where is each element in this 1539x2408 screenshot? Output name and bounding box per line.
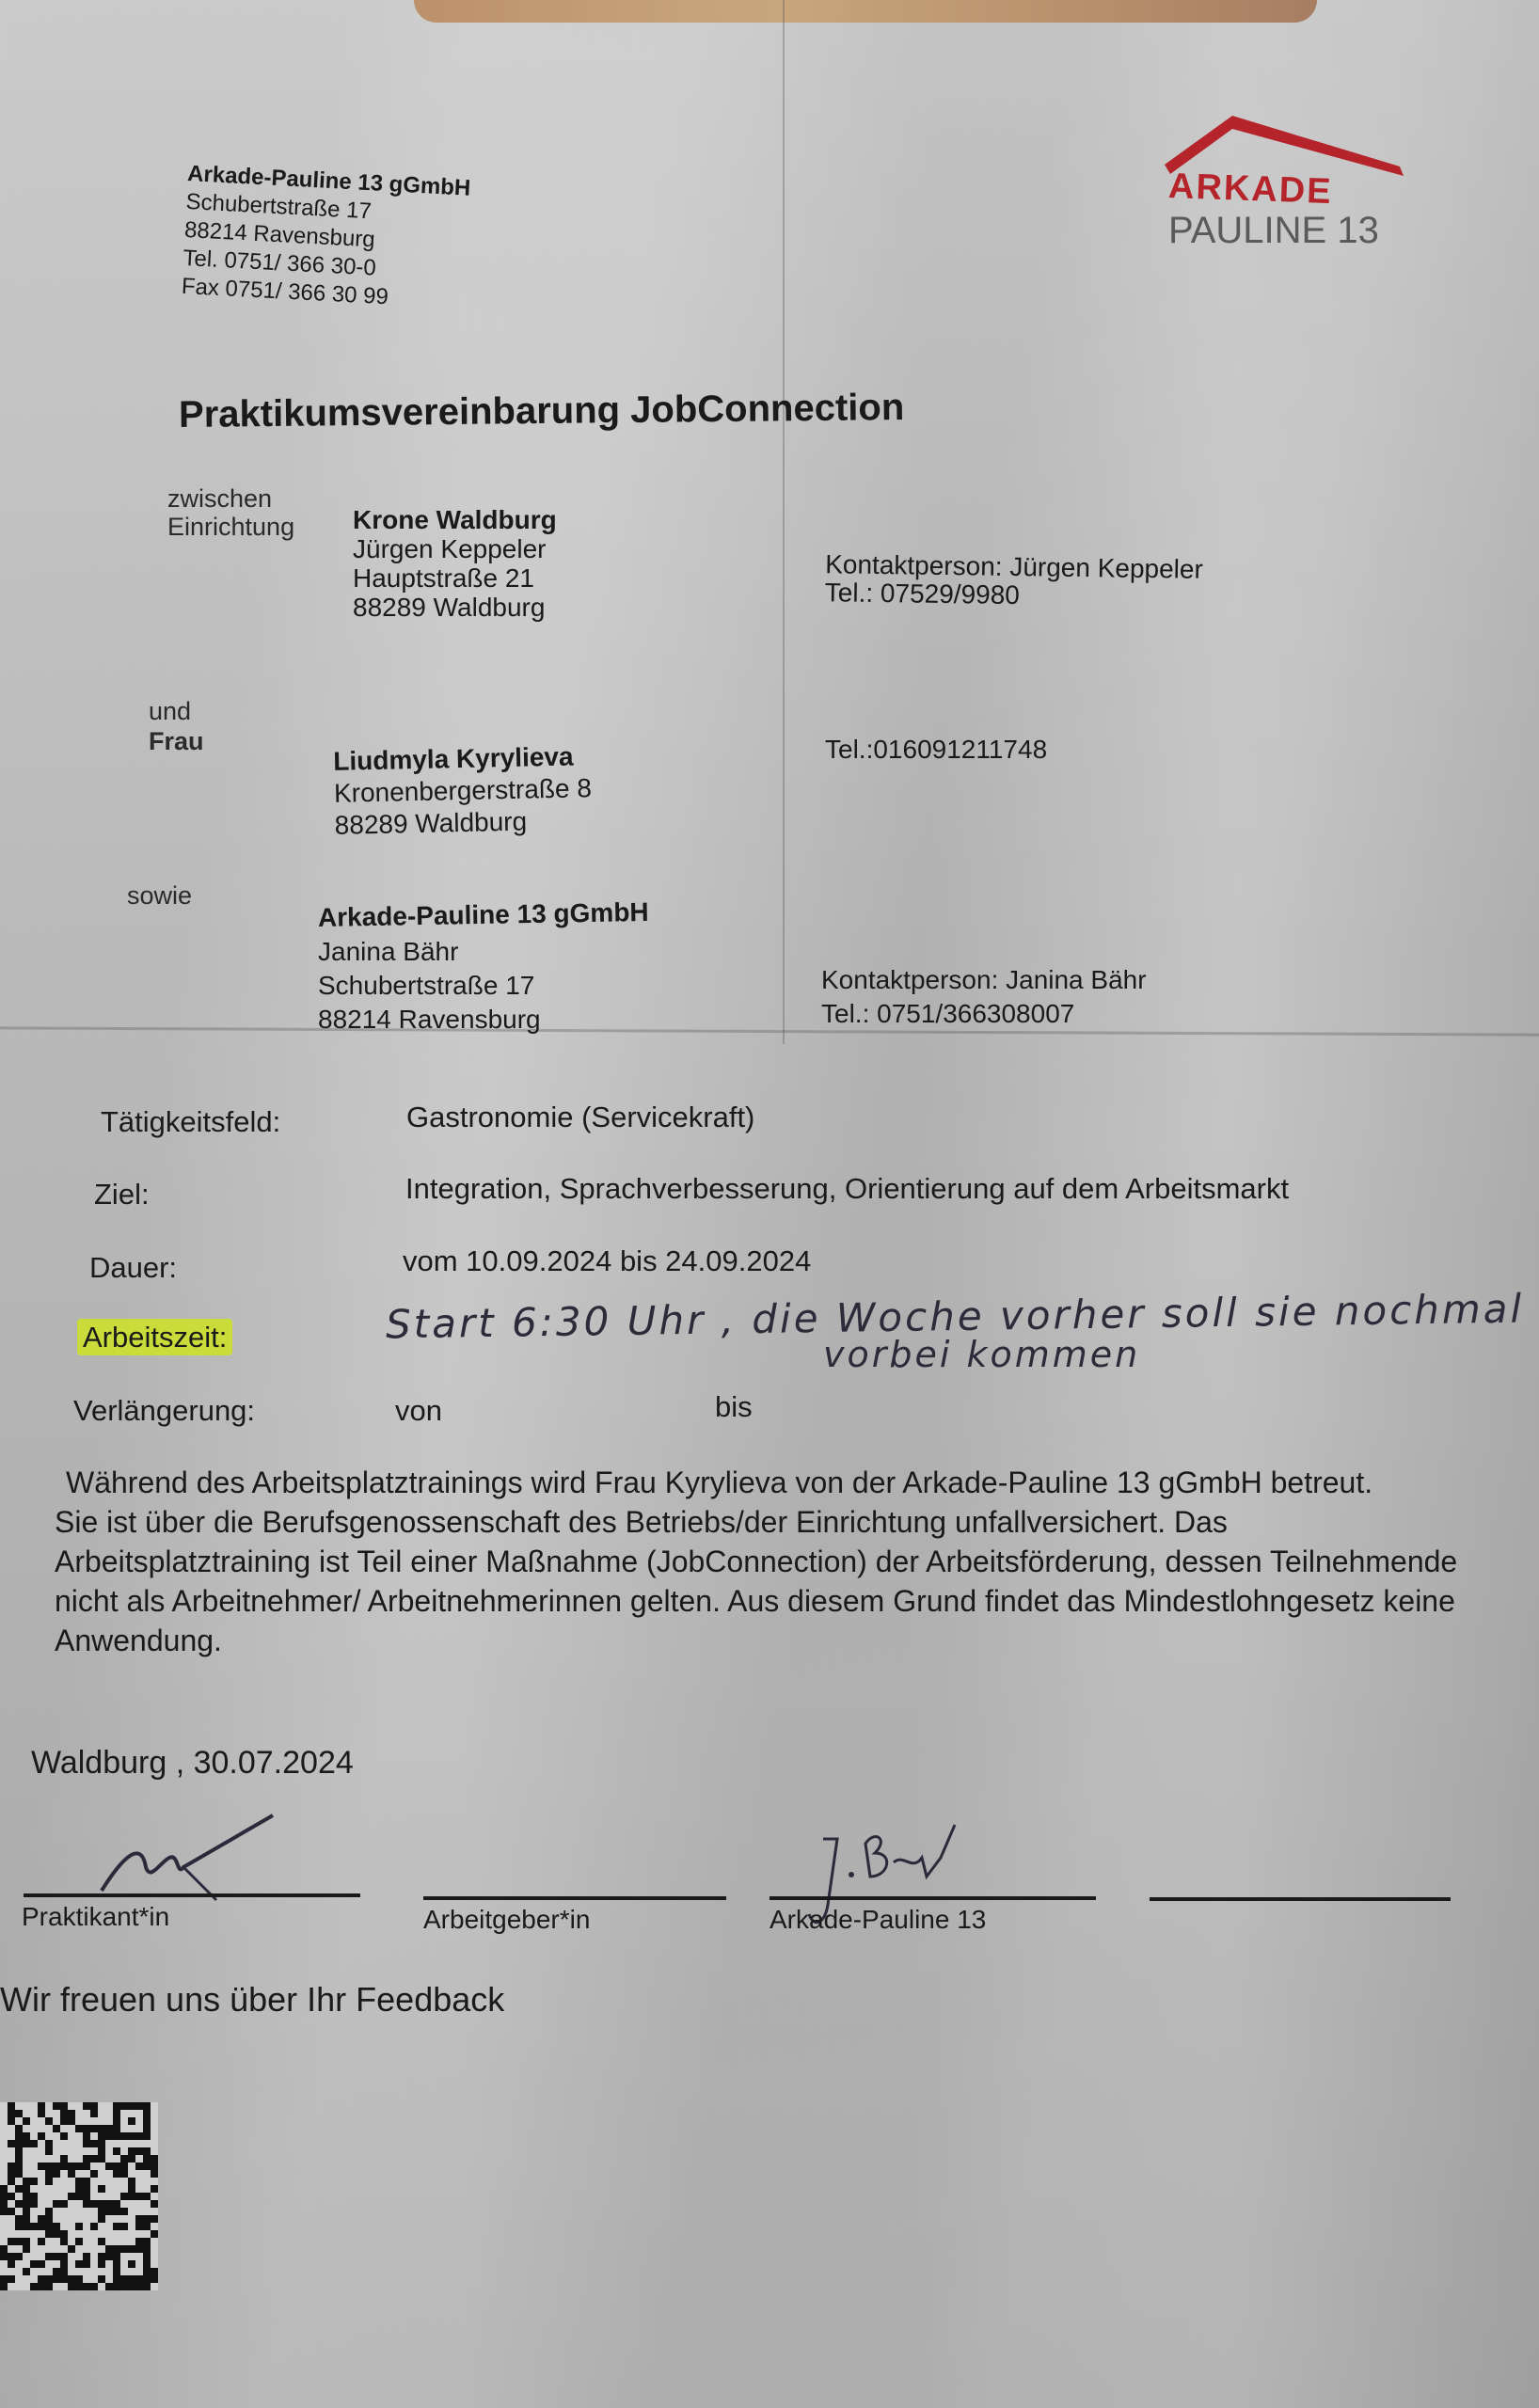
party-institution-labels: zwischen Einrichtung [167,484,294,541]
body-paragraph-1: Während des Arbeitsplatztrainings wird F… [47,1463,1458,1502]
duration-value: vom 10.09.2024 bis 24.09.2024 [403,1244,811,1278]
provider-phone: Tel.: 0751/366308007 [821,997,1147,1031]
body-paragraph-2: Sie ist über die Berufsgenossenschaft de… [47,1502,1458,1660]
worktime-label: Arbeitszeit: [77,1321,232,1354]
provider-city: 88214 Ravensburg [318,1003,649,1037]
label-zwischen: zwischen [167,484,294,513]
paper-fold-horizontal [0,1026,1539,1036]
signature-line-employer [423,1896,726,1900]
extension-to-label: bis [715,1390,753,1424]
arkade-logo: ARKADE PAULINE 13 [1157,108,1430,259]
signature-label-employer: Arbeitgeber*in [423,1905,590,1935]
activity-value: Gastronomie (Servicekraft) [406,1101,754,1134]
institution-address: Krone Waldburg Jürgen Keppeler Hauptstra… [353,505,557,622]
duration-label: Dauer: [89,1251,177,1285]
worktime-handwritten-line2: vorbei kommen [823,1334,1140,1375]
paper-fold-vertical [783,0,785,1044]
signature-label-intern: Praktikant*in [22,1902,169,1932]
label-frau: Frau [149,726,204,756]
party-intern-labels: und Frau [149,696,204,756]
signature-line-intern [24,1893,360,1897]
logo-text-arkade: ARKADE [1167,166,1333,213]
extension-from-label: von [395,1394,442,1428]
institution-person: Jürgen Keppeler [353,534,557,563]
extension-label: Verlängerung: [73,1394,255,1428]
intern-signature-icon [94,1811,282,1905]
signature-line-provider [769,1896,1096,1900]
signature-line-extra [1150,1897,1451,1901]
provider-contact-person: Kontaktperson: Janina Bähr [821,963,1147,997]
highlighted-worktime-label: Arbeitszeit: [77,1319,232,1355]
sender-address: Arkade-Pauline 13 gGmbH Schubertstraße 1… [181,160,471,316]
goal-label: Ziel: [94,1178,150,1212]
label-und: und [149,696,204,726]
feedback-text: Wir freuen uns über Ihr Feedback [0,1980,504,2020]
label-sowie: sowie [127,881,192,911]
intern-address: Liudmyla Kyrylieva Kronenbergerstraße 8 … [333,740,593,842]
institution-city: 88289 Waldburg [353,593,557,622]
institution-contact: Kontaktperson: Jürgen Keppeler Tel.: 075… [825,550,1203,612]
institution-street: Hauptstraße 21 [353,563,557,593]
intern-name: Liudmyla Kyrylieva [333,740,592,778]
provider-street: Schubertstraße 17 [318,969,649,1003]
institution-name: Krone Waldburg [353,505,557,534]
intern-phone: Tel.:016091211748 [825,734,1047,766]
provider-person: Janina Bähr [318,935,649,969]
provider-contact: Kontaktperson: Janina Bähr Tel.: 0751/36… [821,963,1147,1031]
body-text: Während des Arbeitsplatztrainings wird F… [47,1463,1458,1660]
provider-address: Arkade-Pauline 13 gGmbH Janina Bähr Schu… [318,901,649,1037]
signature-label-provider: Arkade-Pauline 13 [769,1905,986,1935]
background-surface [414,0,1317,23]
place-date: Waldburg , 30.07.2024 [31,1745,354,1782]
document-title: Praktikumsvereinbarung JobConnection [179,387,905,436]
intern-street: Kronenbergerstraße 8 [334,772,593,810]
institution-phone: Tel.: 07529/9980 [825,578,1203,612]
activity-label: Tätigkeitsfeld: [101,1105,280,1139]
intern-city: 88289 Waldburg [334,804,593,842]
qr-code-icon[interactable] [0,2102,158,2290]
logo-text-pauline: PAULINE 13 [1168,210,1379,252]
goal-value: Integration, Sprachverbesserung, Orienti… [405,1172,1289,1206]
provider-name: Arkade-Pauline 13 gGmbH [318,895,649,935]
label-einrichtung: Einrichtung [167,513,294,541]
